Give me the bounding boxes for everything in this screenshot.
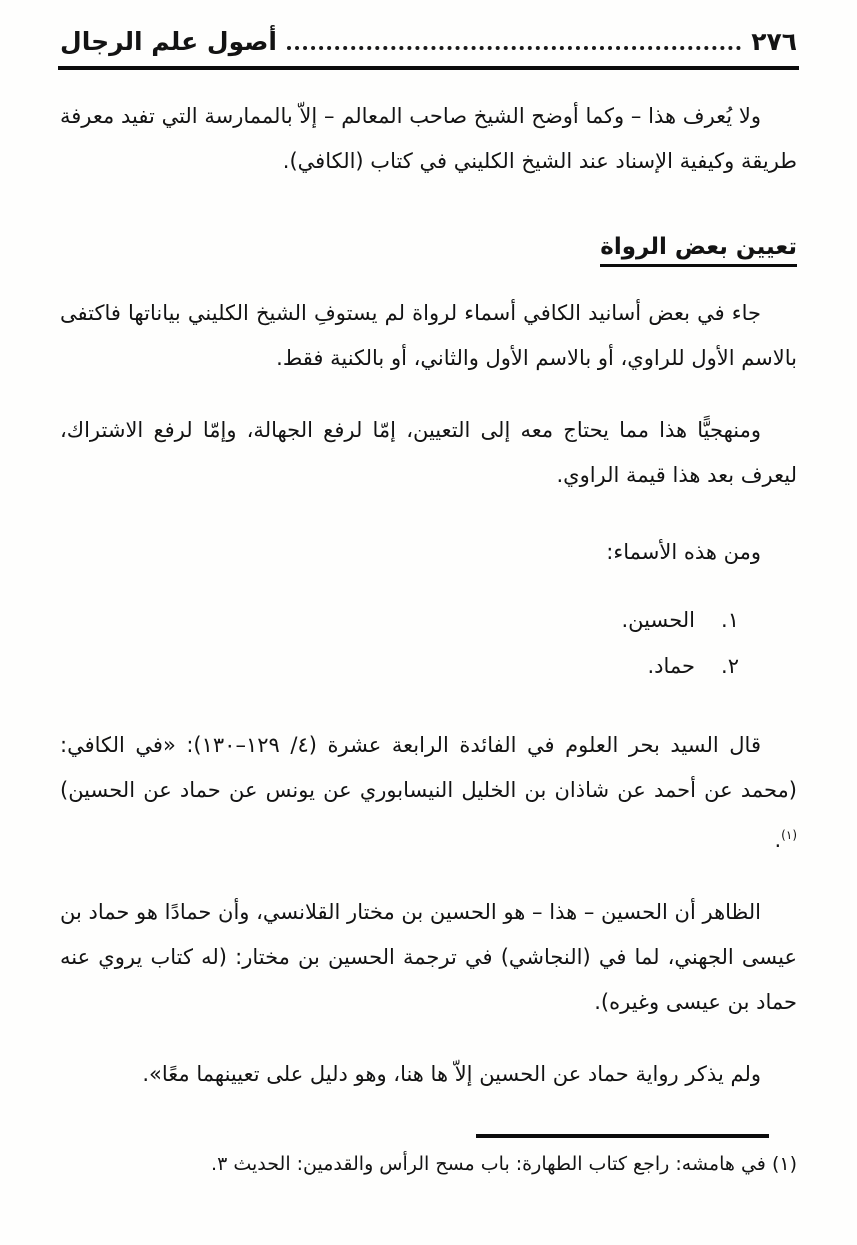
quote-text: قال السيد بحر العلوم في الفائدة الرابعة … [60,733,797,802]
list-item-number: ٢. [713,643,739,689]
book-title: أصول علم الرجال [60,26,277,59]
names-list-intro: ومن هذه الأسماء: [60,530,797,575]
list-item: ٢. حماد. [60,643,739,689]
dot-leader [287,46,741,50]
footnote-reference: (١) [781,828,797,842]
section-heading-text: تعيين بعض الرواة [600,234,797,267]
final-paragraph: ولم يذكر رواية حماد عن الحسين إلاّ ها هن… [60,1052,797,1097]
footnote-marker: (١) [772,1153,797,1175]
footnote-body: في هامشه: راجع كتاب الطهارة: باب مسح الر… [211,1153,766,1175]
book-page: ٢٧٦ أصول علم الرجال ولا يُعرف هذا – وكما… [0,0,857,1245]
footnote-text: (١) في هامشه: راجع كتاب الطهارة: باب مسح… [60,1148,797,1180]
zahir-paragraph: الظاهر أن الحسين – هذا – هو الحسين بن مخ… [60,890,797,1025]
page-header: ٢٧٦ أصول علم الرجال [60,26,797,59]
quote-paragraph: قال السيد بحر العلوم في الفائدة الرابعة … [60,723,797,863]
footnote-area: (١) في هامشه: راجع كتاب الطهارة: باب مسح… [60,1134,797,1199]
footnote-separator [476,1134,769,1138]
list-item-number: ١. [713,597,739,643]
page-number: ٢٧٦ [751,26,797,59]
section-heading: تعيين بعض الرواة [60,230,797,264]
asanid-paragraph: جاء في بعض أسانيد الكافي أسماء لرواة لم … [60,291,797,381]
header-rule [58,66,799,70]
list-item-name: الحسين. [621,597,695,643]
list-item-name: حماد. [647,643,695,689]
method-paragraph: ومنهجيًّا هذا مما يحتاج معه إلى التعيين،… [60,408,797,498]
list-item: ١. الحسين. [60,597,739,643]
intro-paragraph: ولا يُعرف هذا – وكما أوضح الشيخ صاحب الم… [60,94,797,184]
names-list: ١. الحسين. ٢. حماد. [60,597,739,689]
